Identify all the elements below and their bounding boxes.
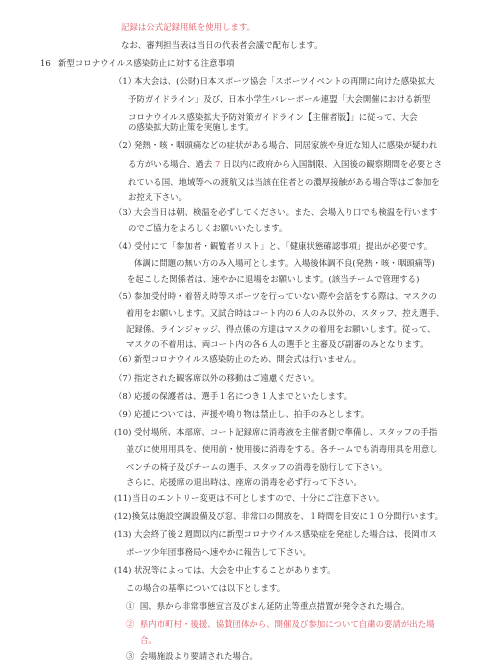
item-2-label: （2） xyxy=(114,141,136,149)
item-8-label: （8） xyxy=(114,392,136,400)
referee-note: なお、審判担当表は当日の代表者会議で配布します。 xyxy=(121,41,323,49)
item-12-line: 換気は施設空調設備及び窓、非常口の開放を、１時間を目安に１０分間行います。 xyxy=(132,512,443,520)
criterion-2-cont: 合。 xyxy=(140,636,157,644)
record-note: 記録は公式記録用紙を使用します。 xyxy=(121,23,255,31)
criterion-text: 国、県から非常事態宣言及びまん延防止等重点措置が発令された場合。 xyxy=(140,601,410,611)
criterion-2: ② 県内市町村・後援、協賛団体から、開催及び参加について自粛の要請が出た場 xyxy=(126,620,435,628)
criterion-marker: ③ xyxy=(126,651,134,661)
item-2-line: お控え下さい。 xyxy=(128,193,187,201)
item-2-line: 発熱・咳・咽頭痛などの症状がある場合、同居家族や身近な知人に感染が疑われ xyxy=(134,141,437,149)
item-2-line: れている国、地域等への渡航又は当該在住者との濃厚接触がある場合等はご参加を xyxy=(128,178,440,186)
item-2-text: る方がいる場合、過去 xyxy=(128,159,212,169)
item-4-line: を起こした関係者は、速やかに退場をお願いします。(該当チームで管理する) xyxy=(127,275,419,283)
item-6-line: 新型コロナウイルス感染防止のため、開会式は行いません。 xyxy=(134,355,361,363)
item-5-line: 参加受付時・着替え時等スポーツを行っていない際や会話をする際は、マスクの xyxy=(134,292,437,300)
criterion-text: 県内市町村・後援、協賛団体から、開催及び参加について自粛の要請が出た場 xyxy=(140,619,435,629)
highlight-days: 7 xyxy=(215,159,220,169)
item-10-line: ベンチの椅子及びチームの選手、スタッフの消毒を励行して下さい。 xyxy=(126,463,387,471)
item-8-line: 応援の保護者は、選手１名につき１人までといたします。 xyxy=(134,392,352,400)
item-9-label: （9） xyxy=(114,410,136,418)
criterion-text: 会場施設より要請された場合。 xyxy=(140,651,258,661)
item-10-line: 並びに使用用具を、使用前・使用後に消毒をする。各チームでも消毒用具を用意し xyxy=(126,445,438,453)
criterion-marker: ② xyxy=(126,619,134,629)
criterion-marker: ① xyxy=(126,601,134,611)
item-7-line: 指定された観客席以外の移動はご遠慮ください。 xyxy=(134,374,319,382)
item-13-line: ポーツ少年団事務局へ速やかに報告して下さい。 xyxy=(126,548,311,556)
item-3-label: （3） xyxy=(114,208,136,216)
criterion-1: ① 国、県から非常事態宣言及びまん延防止等重点措置が発令された場合。 xyxy=(126,602,409,610)
section-16-title: 新型コロナウイルス感染防止に対する注意事項 xyxy=(58,59,234,67)
item-1-line: の感染拡大防止策を実施します。 xyxy=(128,123,254,131)
item-3-line: のでご協力をよろしくお願いいたします。 xyxy=(128,224,287,232)
item-1-line: コロナウイルス感染拡大予防対策ガイドライン【主催者版】」に従って、大会 xyxy=(128,113,418,121)
item-5-line: マスクの不着用は、両コート内の各６人の選手と主審及び副審のみとなります。 xyxy=(126,340,429,348)
item-9-line: 応援については、声援や鳴り物は禁止し、拍手のみとします。 xyxy=(134,410,369,418)
item-5-line: 着用をお願いします。又試合時はコート内の６人のみ以外の、スタッフ、控え選手、 xyxy=(126,309,444,317)
item-4-label: （4） xyxy=(114,242,136,250)
item-4-line: 受付にて「参加者・観覧者リスト」と、「健康状態確認事項」提出が必要です。 xyxy=(134,242,432,250)
item-2-text: 日以内に政府から入国制限、入国後の観察期間を必要とさ xyxy=(223,159,442,169)
item-10-line: 受付場所、本部席、コート記録席に消毒液を主催者側で準備し、スタッフの手指 xyxy=(134,428,437,436)
item-12-label: (12) xyxy=(114,512,131,520)
item-7-label: （7） xyxy=(114,374,136,382)
item-4-line: 体調に問題の無い方のみ入場可とします。入場後体調不良(発熱・咳・咽頭痛等) xyxy=(134,259,435,267)
item-13-label: (13) xyxy=(114,530,131,538)
item-1-label: （1） xyxy=(114,77,136,85)
item-11-label: (11) xyxy=(114,494,131,502)
item-5-label: （5） xyxy=(114,292,136,300)
item-14-label: (14) xyxy=(114,566,131,574)
item-10-label: (10) xyxy=(114,428,131,436)
item-14-line: 状況等によっては、大会を中止することがあります。 xyxy=(134,566,336,574)
item-6-label: （6） xyxy=(114,355,136,363)
item-1-line: 予防ガイドライン」及び、日本小学生バレーボール連盟「大会開催における新型 xyxy=(128,95,430,103)
item-11-line: 当日のエントリー変更は不可としますので、十分にご注意下さい。 xyxy=(132,494,385,502)
item-10-line: さらに、応援席の退出時は、座席の消毒を必ず行って下さい。 xyxy=(126,478,362,486)
criterion-3: ③ 会場施設より要請された場合。 xyxy=(126,652,258,660)
item-14-line: この場合の基準については以下とします。 xyxy=(126,584,285,592)
item-1-line: 本大会は、(公財)日本スポーツ協会「スポーツイベントの再開に向けた感染拡大 xyxy=(134,77,434,85)
item-2-line: る方がいる場合、過去 7 日以内に政府から入国制限、入国後の観察期間を必要とさ xyxy=(128,160,442,168)
item-3-line: 大会当日は朝、検温を必ずしてください。また、会場入り口でも検温を行います xyxy=(134,208,437,216)
section-16-number: 16 xyxy=(40,59,51,67)
item-5-line: 記録係、ラインジャッジ、得点係の方達はマスクの着用をお願いします。従って、 xyxy=(126,325,436,333)
item-13-line: 大会終了後２週間以内に新型コロナウイルス感染症を発症した場合は、長岡市ス xyxy=(134,530,437,538)
